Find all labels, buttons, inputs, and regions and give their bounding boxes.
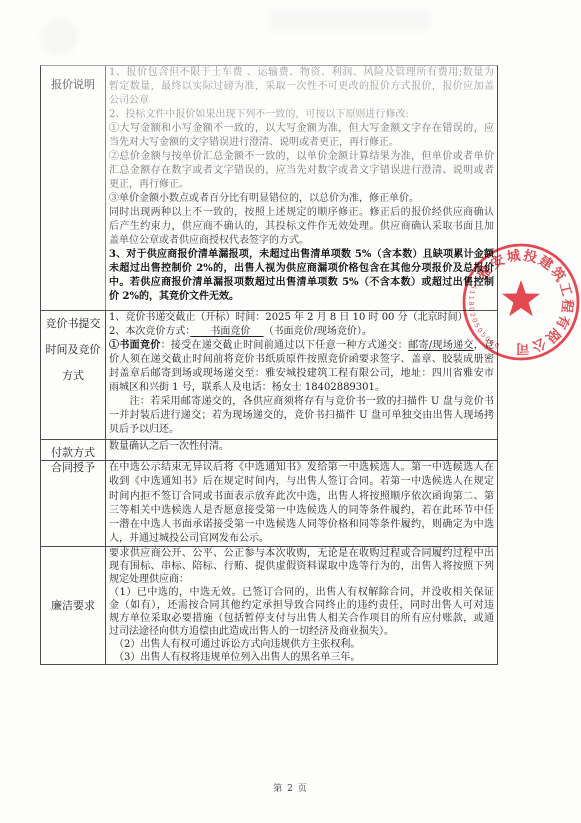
text-line: 规方单位采取必要措施（包括暂停支付与出售人相关合作项目的所有应付账款，或通 [109, 612, 494, 625]
text-line: 一并封装后进行递交；若为现场递交的，竞价书扫描件 U 盘可单独交由出售人现场拷 [109, 409, 494, 423]
table-row-submission-time-and-method: 竞价书提交 时间及竞价 方式 1、竞价书递交截止（开标）时间：2025 年 2 … [41, 310, 497, 439]
bold-text: 未超过出售控制价 2%的，出售人视为供应商漏项价格包含在其他分项报价及总报价 [109, 263, 494, 274]
text-line: 未超过出售控制价 2%的，出售人视为供应商漏项价格包含在其他分项报价及总报价 [109, 262, 494, 276]
table-row-contract-award: 合同授予 在中选公示结束无异议后将《中选通知书》发给第一中选候选人。第一中选候选… [41, 460, 497, 546]
text-segment: 三等相关中选候选人是否愿意接受第一中选候选人的同等条件履约，若在此环节中任 [109, 505, 494, 516]
text-line: 要求供应商公开、公平、公正参与本次收购，无论是在收购过程或合同履约过程中出 [109, 547, 494, 560]
text-segment: 后产生约束力，供应商不确认的，其投标文件作无效处理。供应商确认采取书面且加 [109, 221, 494, 232]
text-line: 数量确认之后一次性付清。 [109, 440, 494, 454]
bleed-through-mark [40, 18, 78, 56]
text-segment: 一并封装后进行递交；若为现场递交的，竞价书扫描件 U 盘可单独交由出售人现场拷 [109, 410, 494, 421]
text-line: 封盖章后邮寄到场或现场递交至：雅安城投建筑工程有限公司，地址：四川省雅安市 [109, 367, 494, 381]
text-segment: （1）已中选的，中选无效。已签订合同的，出售人有权解除合同，并没收相关保证 [109, 587, 494, 598]
text-line: ③单价金额小数点或者百分比有明显错位的，以总价为准，修正单价。 [109, 192, 494, 206]
text-line: 中。若供应商报价清单漏报项数超过出售清单项数 5%（不含本数）或超过出售控制 [109, 276, 494, 290]
text-segment: 规方单位采取必要措施（包括暂停支付与出售人相关合作项目的所有应付账款，或通 [109, 613, 494, 624]
text-segment: 金（如有），还需按合同其他约定承担导致合同终止的违约责任，同时出售人可对违 [109, 600, 494, 611]
row-label-text: 付款方式 [41, 446, 105, 460]
text-segment: 过司法途径向供方追偿由此造成出售人的一切经济及商业损失）。 [109, 626, 394, 637]
text-line: 金（如有），还需按合同其他约定承担导致合同终止的违约责任，同时出售人可对违 [109, 599, 494, 612]
text-segment: 现有围标、串标、陪标、行贿、提供虚假资料谋取中选等行为的，出售人将按照下列 [109, 561, 494, 572]
row-content: 1、报价包含但不限于土车费 、运输费、物资、利润、风险及管理所有费用;数量为暂定… [106, 66, 497, 310]
row-content: 数量确认之后一次性付清。 [106, 440, 497, 460]
text-segment: 收到《中选通知书》后在规定时间内，与出售人签订合同。若第一中选候选人在规定 [109, 476, 494, 487]
underlined-text: 邮寄/现场递交 [408, 340, 474, 351]
row-label: 报价说明 [41, 66, 106, 310]
table-row-integrity-requirements: 廉洁要求 要求供应商公开、公平、公正参与本次收购，无论是在收购过程或合同履约过程… [41, 546, 497, 664]
text-segment: 贝后予以归还。 [109, 424, 179, 435]
row-label: 付款方式 [41, 440, 106, 460]
text-line: ①大写金额和小写金额不一致的，以大写金额为准，但大写金额文字存在错误的，应 [109, 122, 494, 136]
text-segment: 1、报价包含但不限于土车费 、运输费、物资、利润、风险及管理所有费用;数量为 [109, 67, 494, 78]
bleed-through-mark [270, 10, 430, 32]
text-segment: 更正，再行修正。 [109, 179, 189, 190]
text-segment: 时间内拒不签订合同或书面表示放弃此次中选，出售人将按照顺序依次函询第二、第 [109, 491, 494, 502]
text-line: 1、报价包含但不限于土车费 、运输费、物资、利润、风险及管理所有费用;数量为 [109, 66, 494, 80]
text-segment: 封盖章后邮寄到场或现场递交至：雅安城投建筑工程有限公司，地址：四川省雅安市 [109, 368, 494, 379]
text-line: 2、投标文件中报价如果出现下列不一致的，可按以下原则进行修改: [109, 108, 494, 122]
text-segment: ②总价金额与按单价汇总金额不一致的，以单价金额计算结果为准，但单价或者单价 [109, 151, 494, 162]
text-line: 价人须在递交截止时间前将竞价书纸质原件按照竞价函要求签字、盖章、胶装成册密 [109, 353, 494, 367]
text-line: 规定处理供应商： [109, 573, 494, 586]
text-line: 1、竞价书递交截止（开标）时间：2025 年 2 月 8 日 10 时 00 分… [109, 311, 494, 325]
document-page: 报价说明 1、报价包含但不限于土车费 、运输费、物资、利润、风险及管理所有费用;… [0, 0, 581, 823]
text-segment: 汇总金额存在数字或者文字错误的，应当先对数字或者文字错误进行澄清、说明或者 [109, 165, 494, 176]
text-segment: （2）出售人有权可通过诉讼方式向违规供方主张权利。 [114, 639, 360, 650]
text-line: 一潜在中选人书面承诺接受第一中选候选人同等价格和同等条件履约，则确定为中选 [109, 518, 494, 532]
text-line: 2、本次竞价方式： 书面竞价 （书面竞价/现场竞价）。 [109, 325, 494, 339]
star-icon [502, 280, 540, 316]
terms-table: 报价说明 1、报价包含但不限于土车费 、运输费、物资、利润、风险及管理所有费用;… [40, 65, 498, 665]
bold-text: 价 2%的，其竞价文件无效。 [109, 291, 239, 302]
bold-text: ①书面竞价 [109, 340, 161, 351]
text-line: （3）出售人有权将违规单位列入出售人的黑名单三年。 [109, 651, 494, 664]
text-line: 收到《中选通知书》后在规定时间内，与出售人签订合同。若第一中选候选人在规定 [109, 475, 494, 489]
page-number: 第 2 页 [0, 781, 581, 794]
text-segment: 要求供应商公开、公平、公正参与本次收购，无论是在收购过程或合同履约过程中出 [109, 548, 494, 559]
text-line: 当先对大写金额的文字错误进行澄清、说明或者更正，再行修正。 [109, 136, 494, 150]
text-segment: ③单价金额小数点或者百分比有明显错位的，以总价为准，修正单价。 [109, 193, 419, 204]
row-label-text: 合同授予 [41, 461, 105, 475]
row-label-text: 时间及竞价 [41, 337, 105, 363]
text-line: 盖单位公章或者供应商授权代表签字的方式。 [109, 234, 494, 248]
text-segment: 价人须在递交截止时间前将竞价书纸质原件按照竞价函要求签字、盖章、胶装成册密 [109, 354, 494, 365]
text-segment: 暂定数量，最终以实际过磅为准，采取一次性不可更改的报价方式报价，报价应加盖 [109, 81, 494, 92]
text-line: 公司公章 [109, 94, 494, 108]
row-label: 竞价书提交 时间及竞价 方式 [41, 311, 106, 439]
row-label: 廉洁要求 [41, 547, 106, 664]
table-row-payment-method: 付款方式 数量确认之后一次性付清。 [41, 439, 497, 460]
text-segment: ，竞 [474, 340, 494, 351]
text-line: 过司法途径向供方追偿由此造成出售人的一切经济及商业损失）。 [109, 625, 494, 638]
row-content: 要求供应商公开、公平、公正参与本次收购，无论是在收购过程或合同履约过程中出现有围… [106, 547, 497, 664]
bold-text: 3、对于供应商报价清单漏报项，未超过出售清单项数 5%（含本数）且缺项累计金额 [109, 249, 494, 260]
row-label: 合同授予 [41, 461, 106, 546]
text-line: （2）出售人有权可通过诉讼方式向违规供方主张权利。 [109, 638, 494, 651]
bold-text: 中。若供应商报价清单漏报项数超过出售清单项数 5%（不含本数）或超过出售控制 [109, 277, 494, 288]
text-segment: 公司公章 [109, 95, 149, 106]
table-row-pricing-notes: 报价说明 1、报价包含但不限于土车费 、运输费、物资、利润、风险及管理所有费用;… [41, 66, 497, 310]
text-segment: 2、本次竞价方式： [109, 326, 190, 337]
text-segment: 盖单位公章或者供应商授权代表签字的方式。 [109, 235, 309, 246]
text-segment: （3）出售人有权将违规单位列入出售人的黑名单三年。 [114, 652, 360, 663]
text-line: 时间内拒不签订合同或书面表示放弃此次中选，出售人将按照顺序依次函询第二、第 [109, 490, 494, 504]
text-segment: 2、投标文件中报价如果出现下列不一致的，可按以下原则进行修改: [109, 109, 409, 120]
text-line: ①书面竞价：接受在递交截止时间前通过以下任意一种方式递交：邮寄/现场递交，竞 [109, 339, 494, 353]
text-segment: 人，并通过城投公司官网发布公示。 [109, 533, 269, 544]
row-content: 在中选公示结束无异议后将《中选通知书》发给第一中选候选人。第一中选候选人在收到《… [106, 461, 497, 546]
text-segment: 数量确认之后一次性付清。 [109, 441, 229, 452]
text-segment: 雨城区和兴街 1 号，联系人及电话：杨女士 18402889301。 [109, 382, 385, 393]
text-segment: 同时出现两种以上不一致的，按照上述规定的顺序修正。修正后的报价经供应商确认 [109, 207, 494, 218]
text-line: 汇总金额存在数字或者文字错误的，应当先对数字或者文字错误进行澄清、说明或者 [109, 164, 494, 178]
text-segment: 一潜在中选人书面承诺接受第一中选候选人同等价格和同等条件履约，则确定为中选 [109, 519, 494, 530]
text-line: （1）已中选的，中选无效。已签订合同的，出售人有权解除合同，并没收相关保证 [109, 586, 494, 599]
text-segment: ：接受在递交截止时间前通过以下任意一种方式递交： [161, 340, 409, 351]
row-content: 1、竞价书递交截止（开标）时间：2025 年 2 月 8 日 10 时 00 分… [106, 311, 497, 439]
text-segment: 注：若采用邮寄递交的，各供应商须将存有与竞价书一致的扫描件 U 盘与竞价书 [109, 396, 494, 407]
text-line: ②总价金额与按单价汇总金额不一致的，以单价金额计算结果为准，但单价或者单价 [109, 150, 494, 164]
text-line: 3、对于供应商报价清单漏报项，未超过出售清单项数 5%（含本数）且缺项累计金额 [109, 248, 494, 262]
text-line: 更正，再行修正。 [109, 178, 494, 192]
text-line: 价 2%的，其竞价文件无效。 [109, 290, 494, 304]
text-line: 现有围标、串标、陪标、行贿、提供虚假资料谋取中选等行为的，出售人将按照下列 [109, 560, 494, 573]
row-label-text: 竞价书提交 [41, 311, 105, 337]
text-segment: ①大写金额和小写金额不一致的，以大写金额为准，但大写金额文字存在错误的，应 [109, 123, 494, 134]
text-segment: （书面竞价/现场竞价）。 [264, 326, 372, 337]
underlined-text: 书面竞价 [190, 326, 263, 337]
text-segment: 1、竞价书递交截止（开标）时间：2025 年 2 月 8 日 10 时 00 分… [109, 312, 468, 323]
text-segment: 规定处理供应商： [109, 574, 189, 585]
text-line: 三等相关中选候选人是否愿意接受第一中选候选人的同等条件履约，若在此环节中任 [109, 504, 494, 518]
text-line: 后产生约束力，供应商不确认的，其投标文件作无效处理。供应商确认采取书面且加 [109, 220, 494, 234]
text-line: 同时出现两种以上不一致的，按照上述规定的顺序修正。修正后的报价经供应商确认 [109, 206, 494, 220]
text-line: 在中选公示结束无异议后将《中选通知书》发给第一中选候选人。第一中选候选人在 [109, 461, 494, 475]
text-line: 人，并通过城投公司官网发布公示。 [109, 532, 494, 546]
text-line: 贝后予以归还。 [109, 423, 494, 437]
row-label-text: 报价说明 [41, 78, 105, 92]
row-label-text: 廉洁要求 [41, 599, 105, 613]
text-segment: 在中选公示结束无异议后将《中选通知书》发给第一中选候选人。第一中选候选人在 [109, 462, 494, 473]
text-segment: 当先对大写金额的文字错误进行澄清、说明或者更正，再行修正。 [109, 137, 399, 148]
text-line: 暂定数量，最终以实际过磅为准，采取一次性不可更改的报价方式报价，报价应加盖 [109, 80, 494, 94]
text-line: 雨城区和兴街 1 号，联系人及电话：杨女士 18402889301。 [109, 381, 494, 395]
text-line: 注：若采用邮寄递交的，各供应商须将存有与竞价书一致的扫描件 U 盘与竞价书 [109, 395, 494, 409]
row-label-text: 方式 [41, 363, 105, 389]
